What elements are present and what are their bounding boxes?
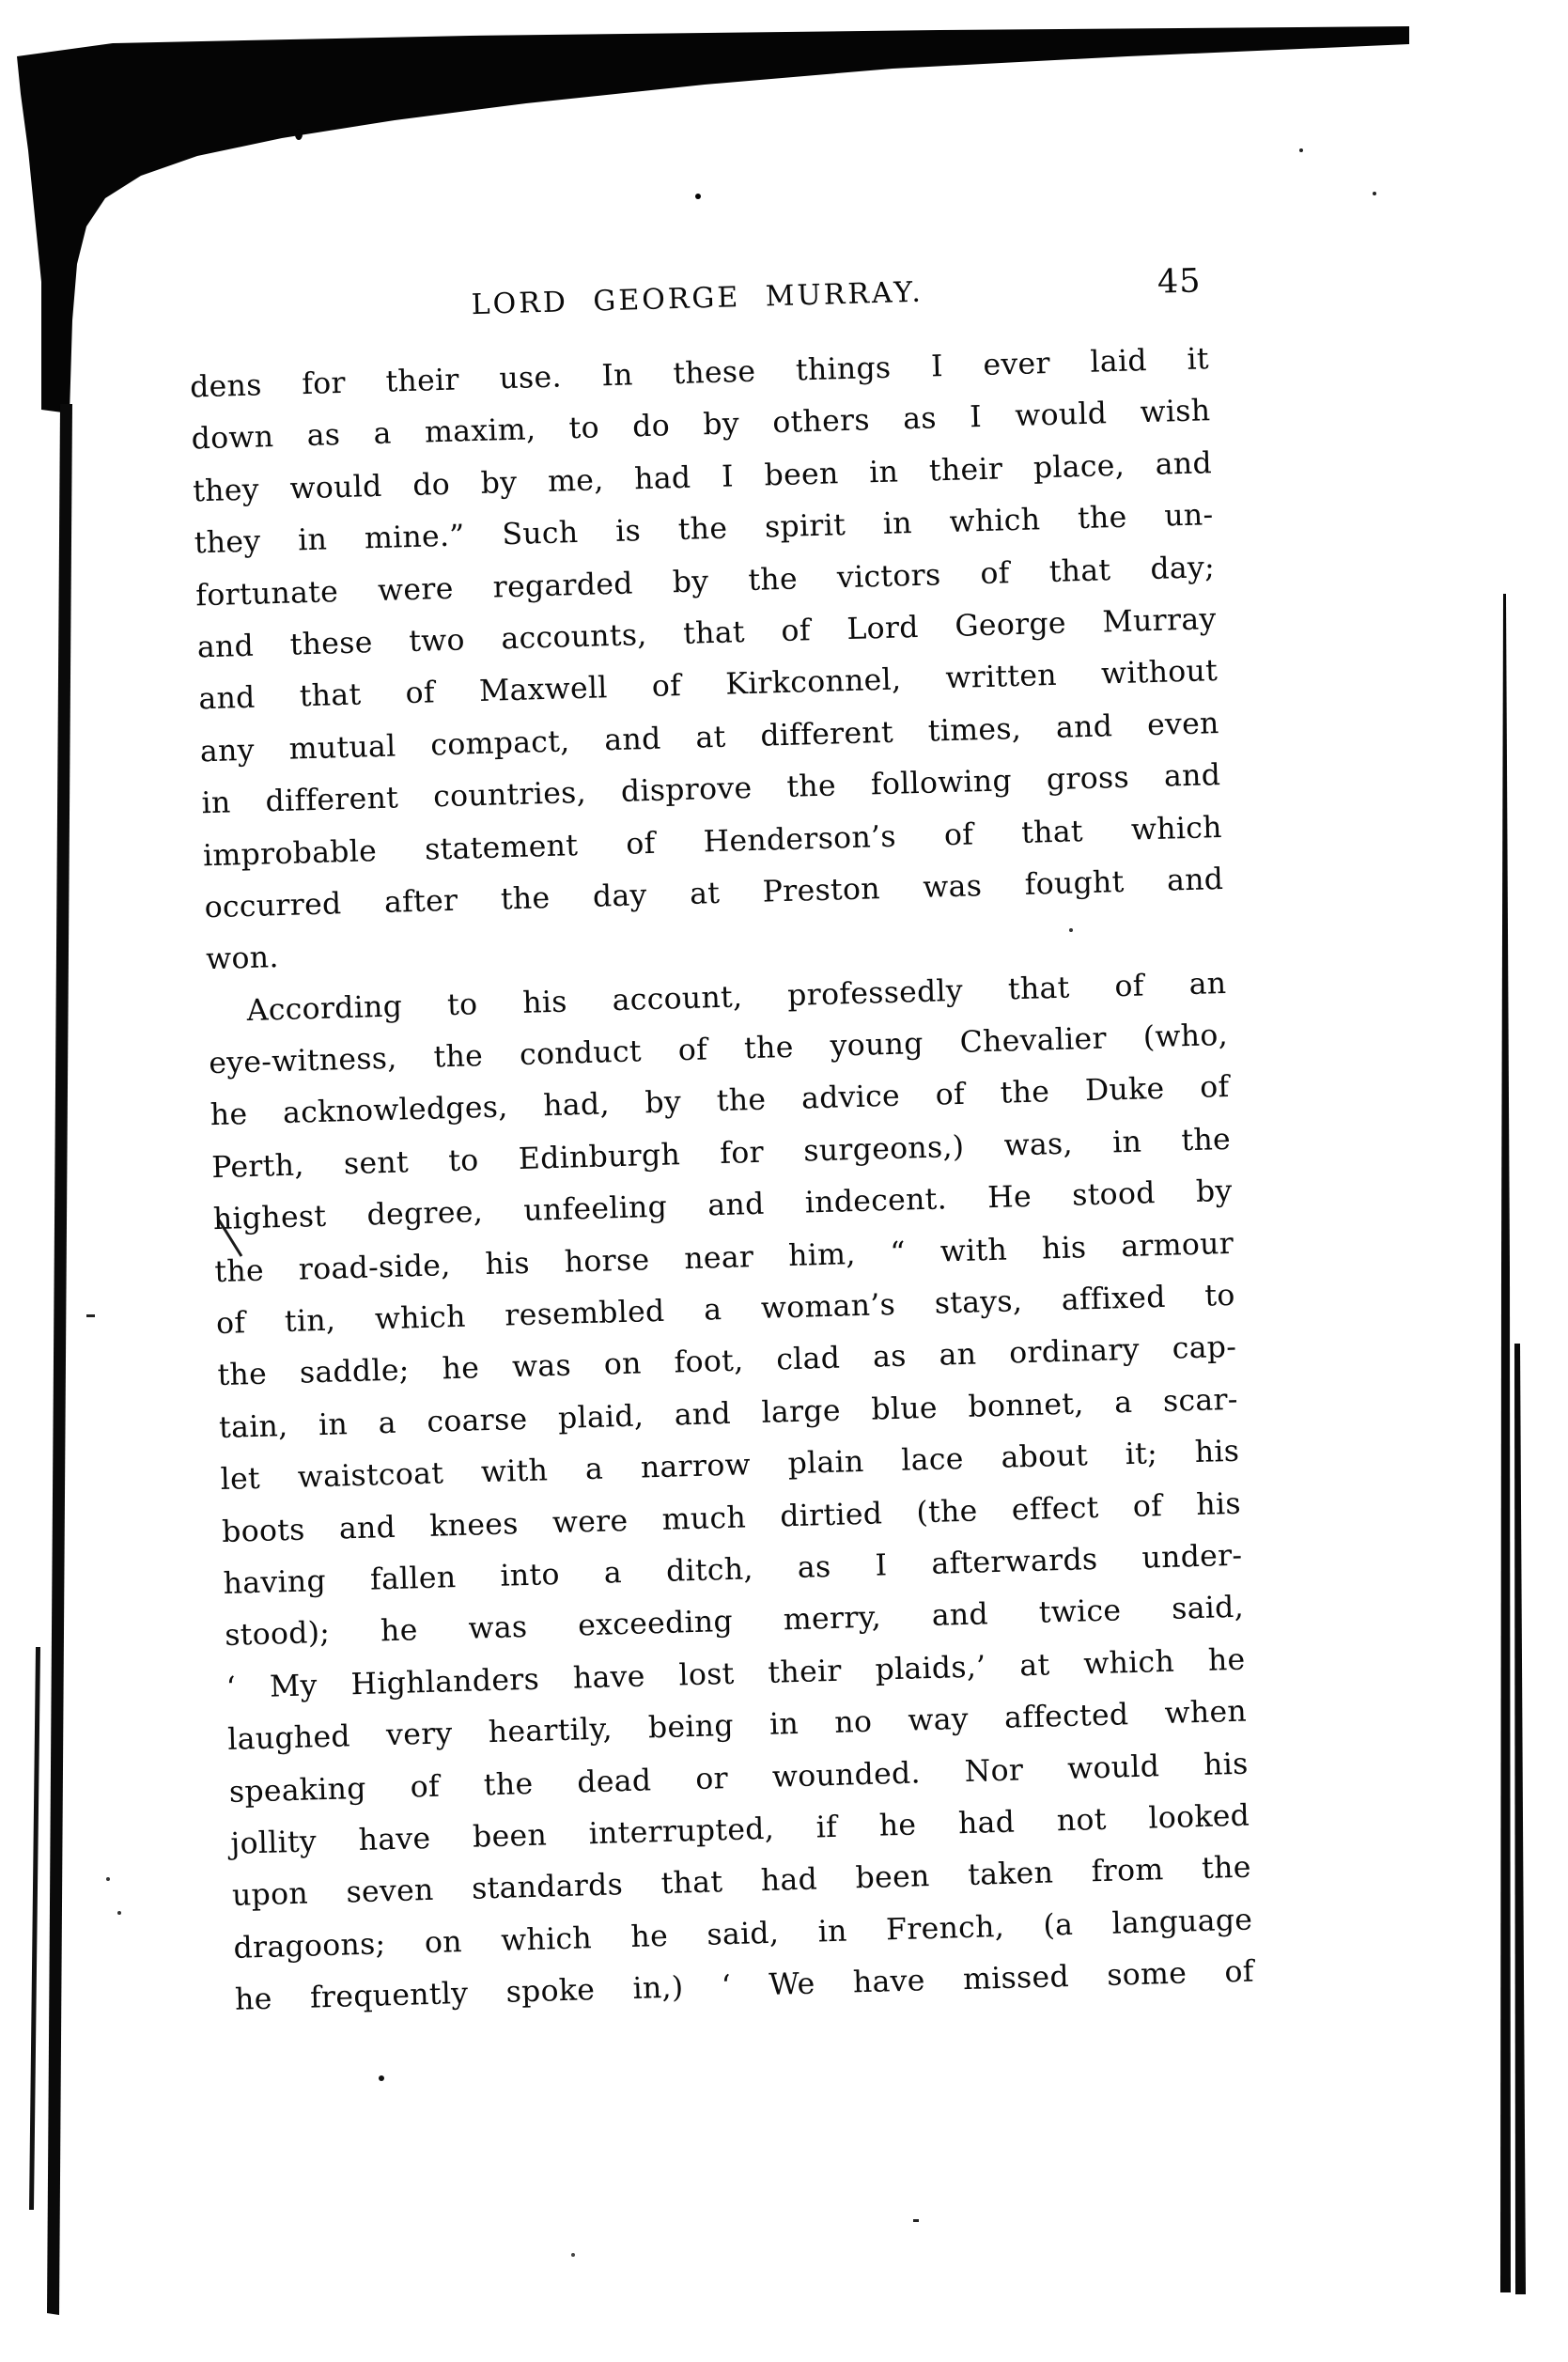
left-gutter-line (47, 404, 72, 2315)
book-page: LORD GEORGE MURRAY. 45 dens for their us… (0, 0, 1568, 2362)
speck (1373, 192, 1376, 195)
running-title: LORD GEORGE MURRAY. (471, 276, 924, 321)
body-text: dens for their use. In these things I ev… (189, 334, 1254, 2027)
page-number: 45 (1157, 262, 1202, 301)
speck (571, 2253, 575, 2257)
right-edge-line-lower (1514, 1344, 1526, 2294)
speck (379, 2075, 384, 2081)
speck (295, 129, 303, 140)
page-header: LORD GEORGE MURRAY. 45 (187, 268, 1207, 337)
page-content: LORD GEORGE MURRAY. 45 dens for their us… (187, 268, 1254, 2027)
speck (106, 1877, 110, 1881)
speck (1299, 148, 1303, 152)
right-edge-line-upper (1500, 594, 1511, 2292)
left-thin-line (29, 1647, 40, 2210)
speck (86, 1314, 95, 1317)
speck (117, 1911, 121, 1915)
speck (695, 194, 701, 199)
speck (913, 2219, 919, 2222)
